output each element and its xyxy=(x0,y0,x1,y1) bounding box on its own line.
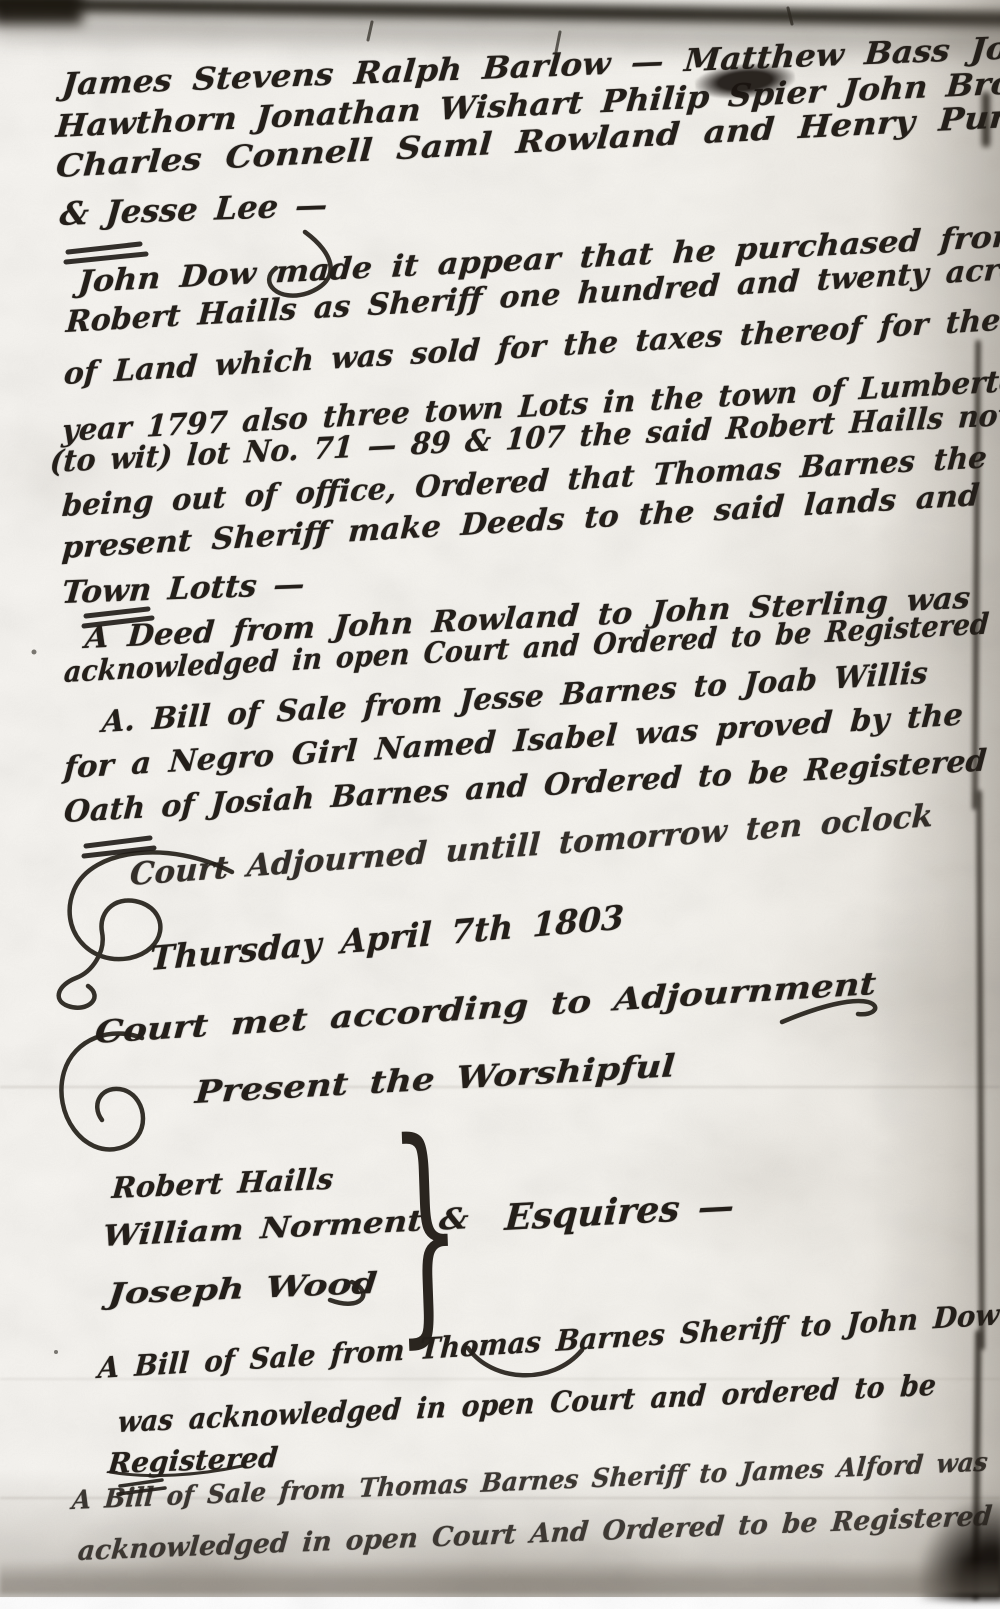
brace-mark: } xyxy=(387,1113,465,1353)
ink-dot xyxy=(32,650,37,655)
manuscript-line: Town Lotts — xyxy=(61,569,306,609)
stray-ink-tick xyxy=(788,8,792,24)
manuscript-line: Registered xyxy=(107,1444,279,1478)
ink-dot xyxy=(54,1350,58,1354)
stray-ink-tick xyxy=(368,22,372,40)
manuscript-line: & Jesse Lee — xyxy=(59,189,329,230)
scanned-manuscript-page: James Stevens Ralph Barlow — Matthew Bas… xyxy=(0,0,1000,1609)
double-underline-mark xyxy=(66,244,146,262)
flourish-court-met-loop xyxy=(61,1033,143,1149)
